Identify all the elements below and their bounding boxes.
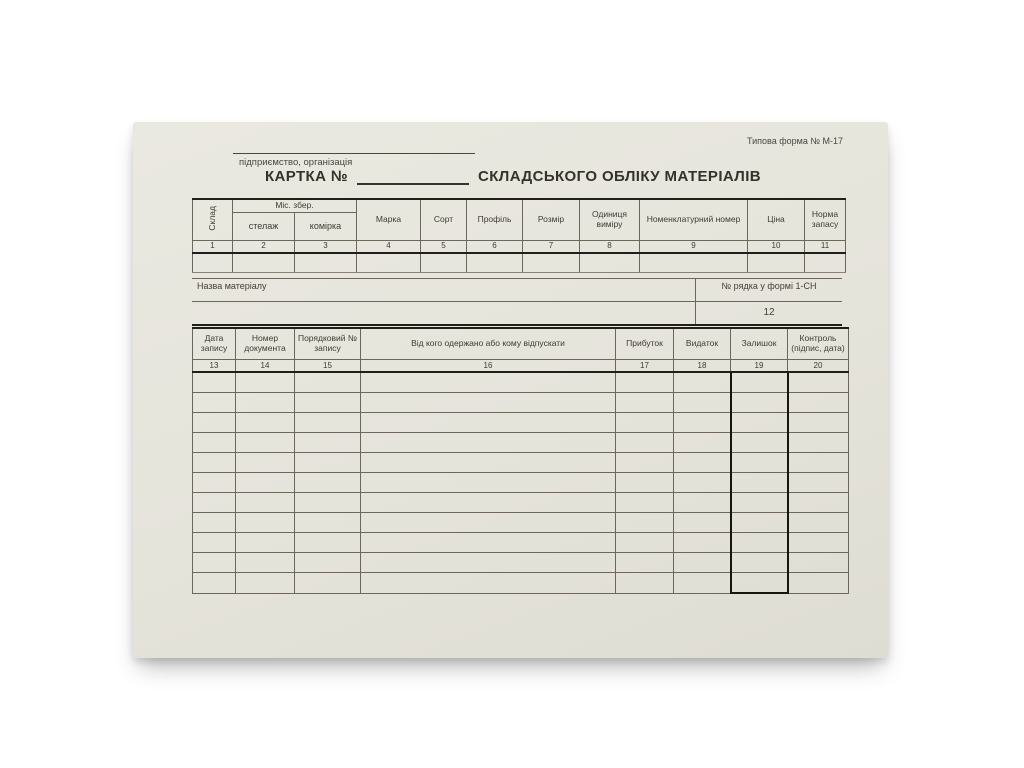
empty-cell <box>295 372 361 393</box>
form-title: КАРТКА № СКЛАДСЬКОГО ОБЛІКУ МАТЕРІАЛІВ <box>193 168 833 185</box>
column-number: 8 <box>580 241 640 254</box>
table-row <box>193 513 849 533</box>
column-number: 4 <box>357 241 421 254</box>
column-number: 3 <box>295 241 357 254</box>
empty-cell <box>731 473 788 493</box>
empty-cell <box>295 473 361 493</box>
column-number: 13 <box>193 360 236 373</box>
empty-cell <box>731 533 788 553</box>
empty-cell <box>674 493 731 513</box>
empty-cell <box>295 553 361 573</box>
empty-cell <box>788 393 849 413</box>
empty-cell <box>193 573 236 594</box>
empty-cell <box>731 393 788 413</box>
empty-cell <box>788 533 849 553</box>
column-header-marka: Марка <box>357 199 421 241</box>
empty-cell <box>361 453 616 473</box>
column-number: 1 <box>193 241 233 254</box>
table-row <box>193 493 849 513</box>
column-header-odynytsia-vymiru: Одиниця виміру <box>580 199 640 241</box>
empty-cell <box>357 253 421 273</box>
empty-cell <box>674 372 731 393</box>
column-header-norma-zapasu: Норма запасу <box>805 199 846 241</box>
empty-cell <box>193 493 236 513</box>
empty-cell <box>236 493 295 513</box>
material-labels-row: Назва матеріалу № рядка у формі 1-СН <box>192 279 842 302</box>
row-in-form-1sn-label: № рядка у формі 1-СН <box>695 279 842 301</box>
column-number: 15 <box>295 360 361 373</box>
column-header-nomenklaturnyi-nomer: Номенклатурний номер <box>640 199 748 241</box>
empty-cell <box>616 453 674 473</box>
empty-cell <box>616 372 674 393</box>
empty-cell <box>236 573 295 594</box>
paper-form-m17: Типова форма № М-17 підприємство, органі… <box>133 122 888 658</box>
column-header-tsina: Ціна <box>748 199 805 241</box>
empty-cell <box>674 553 731 573</box>
column-header-vid-koho-oderzhano: Від кого одержано або кому відпускати <box>361 328 616 360</box>
form-type-label: Типова форма № М-17 <box>747 136 843 146</box>
empty-cell <box>193 433 236 453</box>
empty-cell <box>674 413 731 433</box>
column-number: 7 <box>523 241 580 254</box>
empty-cell <box>361 393 616 413</box>
empty-cell <box>193 553 236 573</box>
empty-cell <box>236 553 295 573</box>
empty-cell <box>788 553 849 573</box>
empty-cell <box>193 253 233 273</box>
empty-cell <box>361 533 616 553</box>
table-row <box>193 413 849 433</box>
column-numbers-row: 1 2 3 4 5 6 7 8 9 10 11 <box>193 241 846 254</box>
organization-caption: підприємство, організація <box>239 157 352 168</box>
empty-cell <box>788 453 849 473</box>
empty-cell <box>236 453 295 473</box>
empty-cell <box>236 473 295 493</box>
empty-cell <box>748 253 805 273</box>
empty-cell <box>674 433 731 453</box>
empty-cell <box>788 473 849 493</box>
empty-cell <box>580 253 640 273</box>
column-header-prybutok: Прибуток <box>616 328 674 360</box>
empty-cell <box>236 372 295 393</box>
column-header-rozmir: Розмір <box>523 199 580 241</box>
empty-cell <box>295 453 361 473</box>
empty-cell <box>295 533 361 553</box>
column-header-zalyshok: Залишок <box>731 328 788 360</box>
column-number: 10 <box>748 241 805 254</box>
empty-cell <box>361 553 616 573</box>
column-header-sort: Сорт <box>421 199 467 241</box>
column-header-profil: Профіль <box>467 199 523 241</box>
column-numbers-row: 13 14 15 16 17 18 19 20 <box>193 360 849 373</box>
column-header-stelazh: стелаж <box>233 213 295 241</box>
column-header-data-zapysu: Дата запису <box>193 328 236 360</box>
table-row <box>193 573 849 594</box>
empty-cell <box>361 433 616 453</box>
column-header-komirka: комірка <box>295 213 357 241</box>
empty-cell <box>616 493 674 513</box>
empty-cell <box>616 393 674 413</box>
empty-cell <box>788 493 849 513</box>
row-number-12: 12 <box>695 302 842 324</box>
title-suffix: СКЛАДСЬКОГО ОБЛІКУ МАТЕРІАЛІВ <box>478 168 761 185</box>
empty-cell <box>731 553 788 573</box>
empty-cell <box>361 372 616 393</box>
empty-cell <box>236 393 295 413</box>
empty-cell <box>616 573 674 594</box>
empty-cell <box>295 393 361 413</box>
empty-cell <box>616 413 674 433</box>
empty-cell <box>523 253 580 273</box>
empty-cell <box>674 393 731 413</box>
empty-cell <box>731 433 788 453</box>
empty-cell <box>233 253 295 273</box>
empty-cell <box>731 573 788 594</box>
column-number: 19 <box>731 360 788 373</box>
empty-cell <box>467 253 523 273</box>
material-name-blank <box>192 302 695 324</box>
column-number: 16 <box>361 360 616 373</box>
empty-cell <box>674 513 731 533</box>
empty-cell <box>236 433 295 453</box>
column-number: 20 <box>788 360 849 373</box>
column-header-nomer-dokumenta: Номер документа <box>236 328 295 360</box>
table-row <box>193 372 849 393</box>
column-number: 11 <box>805 241 846 254</box>
column-number: 6 <box>467 241 523 254</box>
empty-cell <box>236 513 295 533</box>
empty-cell <box>421 253 467 273</box>
column-number: 14 <box>236 360 295 373</box>
table-row <box>193 533 849 553</box>
empty-cell <box>193 513 236 533</box>
empty-cell <box>361 573 616 594</box>
storage-card-header-table: Склад Міс. збер. Марка Сорт Профіль Розм… <box>192 198 846 273</box>
table-row <box>193 473 849 493</box>
organization-write-in-line <box>233 153 475 154</box>
empty-cell <box>731 372 788 393</box>
group-header-mis-zber: Міс. збер. <box>233 199 357 213</box>
empty-cell <box>193 372 236 393</box>
empty-cell <box>193 413 236 433</box>
column-number: 2 <box>233 241 295 254</box>
table-row <box>193 453 849 473</box>
column-header-sklad: Склад <box>193 199 233 241</box>
empty-cell <box>295 433 361 453</box>
empty-cell <box>193 473 236 493</box>
empty-cell <box>616 513 674 533</box>
empty-cell <box>295 493 361 513</box>
empty-cell <box>193 453 236 473</box>
card-number-blank <box>357 169 469 185</box>
column-header-vydatok: Видаток <box>674 328 731 360</box>
table-row <box>193 253 846 273</box>
title-prefix: КАРТКА № <box>265 168 348 185</box>
empty-cell <box>295 253 357 273</box>
empty-cell <box>788 372 849 393</box>
table-row <box>193 553 849 573</box>
empty-cell <box>295 513 361 533</box>
empty-cell <box>616 473 674 493</box>
empty-cell <box>361 513 616 533</box>
table-row <box>193 433 849 453</box>
empty-cell <box>295 413 361 433</box>
empty-cell <box>674 473 731 493</box>
empty-cell <box>674 533 731 553</box>
material-name-label: Назва матеріалу <box>192 279 695 301</box>
empty-cell <box>805 253 846 273</box>
sklad-vertical-label: Склад <box>208 206 217 231</box>
column-number: 18 <box>674 360 731 373</box>
empty-cell <box>193 533 236 553</box>
material-values-row: 12 <box>192 302 842 324</box>
photo-of-form: { "form": { "type_label": "Типова форма … <box>0 0 1024 768</box>
empty-cell <box>731 513 788 533</box>
empty-cell <box>361 473 616 493</box>
material-name-section: Назва матеріалу № рядка у формі 1-СН 12 <box>192 278 842 326</box>
empty-cell <box>731 453 788 473</box>
empty-cell <box>731 413 788 433</box>
empty-cell <box>616 553 674 573</box>
empty-cell <box>788 413 849 433</box>
column-number: 9 <box>640 241 748 254</box>
empty-cell <box>236 413 295 433</box>
empty-cell <box>674 573 731 594</box>
empty-cell <box>674 453 731 473</box>
empty-cell <box>788 513 849 533</box>
empty-cell <box>193 393 236 413</box>
empty-cell <box>731 493 788 513</box>
empty-cell <box>616 533 674 553</box>
column-header-poriadkovyi-zapys: Порядковий № запису <box>295 328 361 360</box>
empty-cell <box>236 533 295 553</box>
column-number: 17 <box>616 360 674 373</box>
empty-cell <box>361 413 616 433</box>
empty-cell <box>616 433 674 453</box>
empty-cell <box>788 573 849 594</box>
empty-cell <box>788 433 849 453</box>
empty-cell <box>361 493 616 513</box>
table2-body <box>193 372 849 593</box>
empty-cell <box>640 253 748 273</box>
column-header-kontrol: Контроль (підпис, дата) <box>788 328 849 360</box>
stock-ledger-table: Дата запису Номер документа Порядковий №… <box>192 327 849 594</box>
empty-cell <box>295 573 361 594</box>
column-number: 5 <box>421 241 467 254</box>
table-row <box>193 393 849 413</box>
